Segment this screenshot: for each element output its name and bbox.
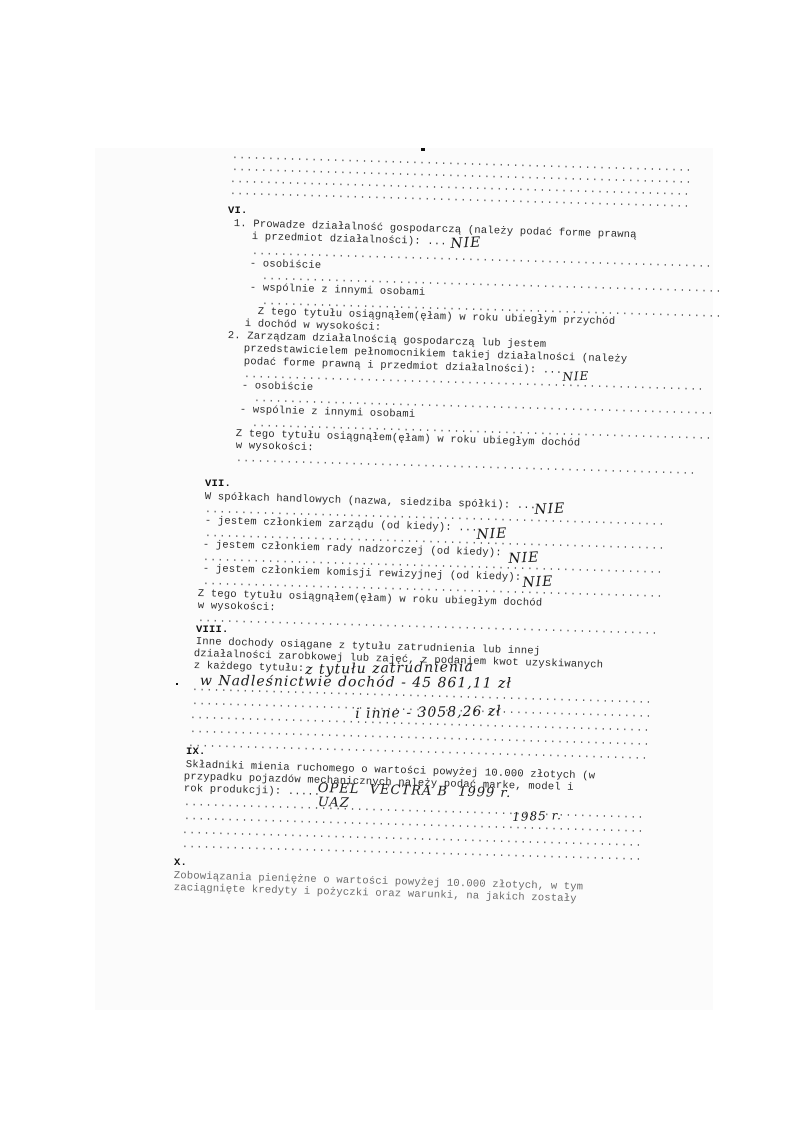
declaration-document: ........................................… [0,0,807,1140]
vii-income-line2: w wysokości: [198,600,283,614]
ix-handwritten-3: 1985 r. [512,808,562,824]
dotted-line: ........................................… [198,613,659,638]
vi-income2-line2: w wysokości: [236,440,321,454]
section-vi-heading: VI. [228,205,248,217]
section-vii-heading: VII. [205,478,231,490]
scan-speck [421,148,425,151]
margin-dot [176,683,178,685]
ix-handwritten-2: UAZ [318,795,350,811]
vi-item1-answer: NIE [450,234,482,252]
section-x-heading: X. [174,857,187,869]
section-ix-heading: IX. [186,746,206,758]
viii-handwritten-2: w Nadleśnictwie dochód - 45 861,11 zł [200,673,512,692]
vi-osobiscie: - osobiście [250,258,322,272]
section-viii-heading: VIII. [196,624,229,636]
viii-handwritten-3: i inne - 3058,26 zł [355,703,502,722]
dotted-line: ........................................… [236,453,697,478]
vi-osobiscie-2: - osobiście [242,380,314,394]
ix-line3: rok produkcji): ..... [184,783,321,799]
